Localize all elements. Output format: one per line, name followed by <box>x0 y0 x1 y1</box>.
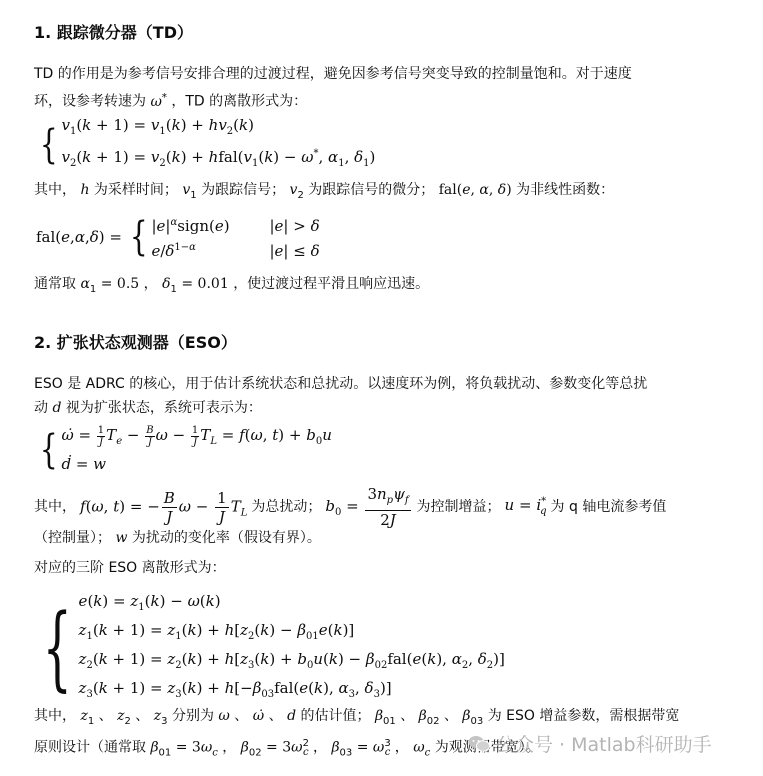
fal-definition: fal(e, α, δ) = { |e|αsign(e)|e| > δ e/δ1… <box>36 212 320 262</box>
eso-eq1: e(k) = z1(k) − ω(k) <box>79 590 505 619</box>
watermark: 公众号 · Matlab科研助手 <box>468 730 712 757</box>
eso-discrete-intro: 对应的三阶 ESO 离散形式为： <box>34 556 226 580</box>
td-intro-line2: 环，设参考转速为 ω* ，TD 的离散形式为： <box>34 86 307 114</box>
eso-eq2: z1(k + 1) = z1(k) + h[z2(k) − β01e(k)] <box>79 619 505 648</box>
eso-where-line2: （控制量）； w 为扰动的变化率（假设有界）。 <box>34 526 321 550</box>
td-eq1: v1(k + 1) = v1(k) + hv2(k) <box>61 114 375 143</box>
eso-intro-line1: ESO 是 ADRC 的核心，用于估计系统状态和总扰动。以速度环为例，将负载扰动… <box>34 372 647 396</box>
eso-eq4: z3(k + 1) = z3(k) + h[−β03fal(e(k), α3, … <box>79 677 505 706</box>
eso-where-line1: 其中， f(ω, t) = −BJω − 1JTL 为总扰动； b0 = 3np… <box>34 482 666 532</box>
section-title-eso: 2. 扩张状态观测器（ESO） <box>34 330 237 353</box>
system-equations: { ω̇ = 1JTe − BJω − 1JTL = f(ω, t) + b0u… <box>36 424 332 475</box>
eso-final-line2: 原则设计（通常取 β01 = 3ωc ， β02 = 3ω2c ， β03 = … <box>34 732 540 765</box>
td-equations: { v1(k + 1) = v1(k) + hv2(k) v2(k + 1) =… <box>36 114 375 175</box>
eso-equations: { e(k) = z1(k) − ω(k) z1(k + 1) = z1(k) … <box>36 590 505 706</box>
td-usual-values: 通常取 α1 = 0.5 ， δ1 = 0.01 ，使过渡过程平滑且响应迅速。 <box>34 272 429 302</box>
omega-star: ω* <box>146 94 171 110</box>
section-title-td: 1. 跟踪微分器（TD） <box>34 20 193 43</box>
td-eq2: v2(k + 1) = v2(k) + hfal(v1(k) − ω*, α1,… <box>61 143 375 175</box>
td-where-line: 其中， h 为采样时间； v1 为跟踪信号； v2 为跟踪信号的微分； fal(… <box>34 178 614 208</box>
wechat-icon <box>468 735 490 753</box>
td-intro-line1: TD 的作用是为参考信号安排合理的过渡过程，避免因参考信号突变导致的控制量饱和。… <box>34 62 632 86</box>
eso-eq3: z2(k + 1) = z2(k) + h[z3(k) + b0u(k) − β… <box>79 648 505 677</box>
sys-eq2: ḋ = w <box>61 453 331 475</box>
eso-intro-line2: 动 d 视为扩张状态，系统可表示为： <box>34 396 262 420</box>
watermark-text: 公众号 · Matlab科研助手 <box>496 730 712 757</box>
sys-eq1: ω̇ = 1JTe − BJω − 1JTL = f(ω, t) + b0u <box>61 424 331 453</box>
